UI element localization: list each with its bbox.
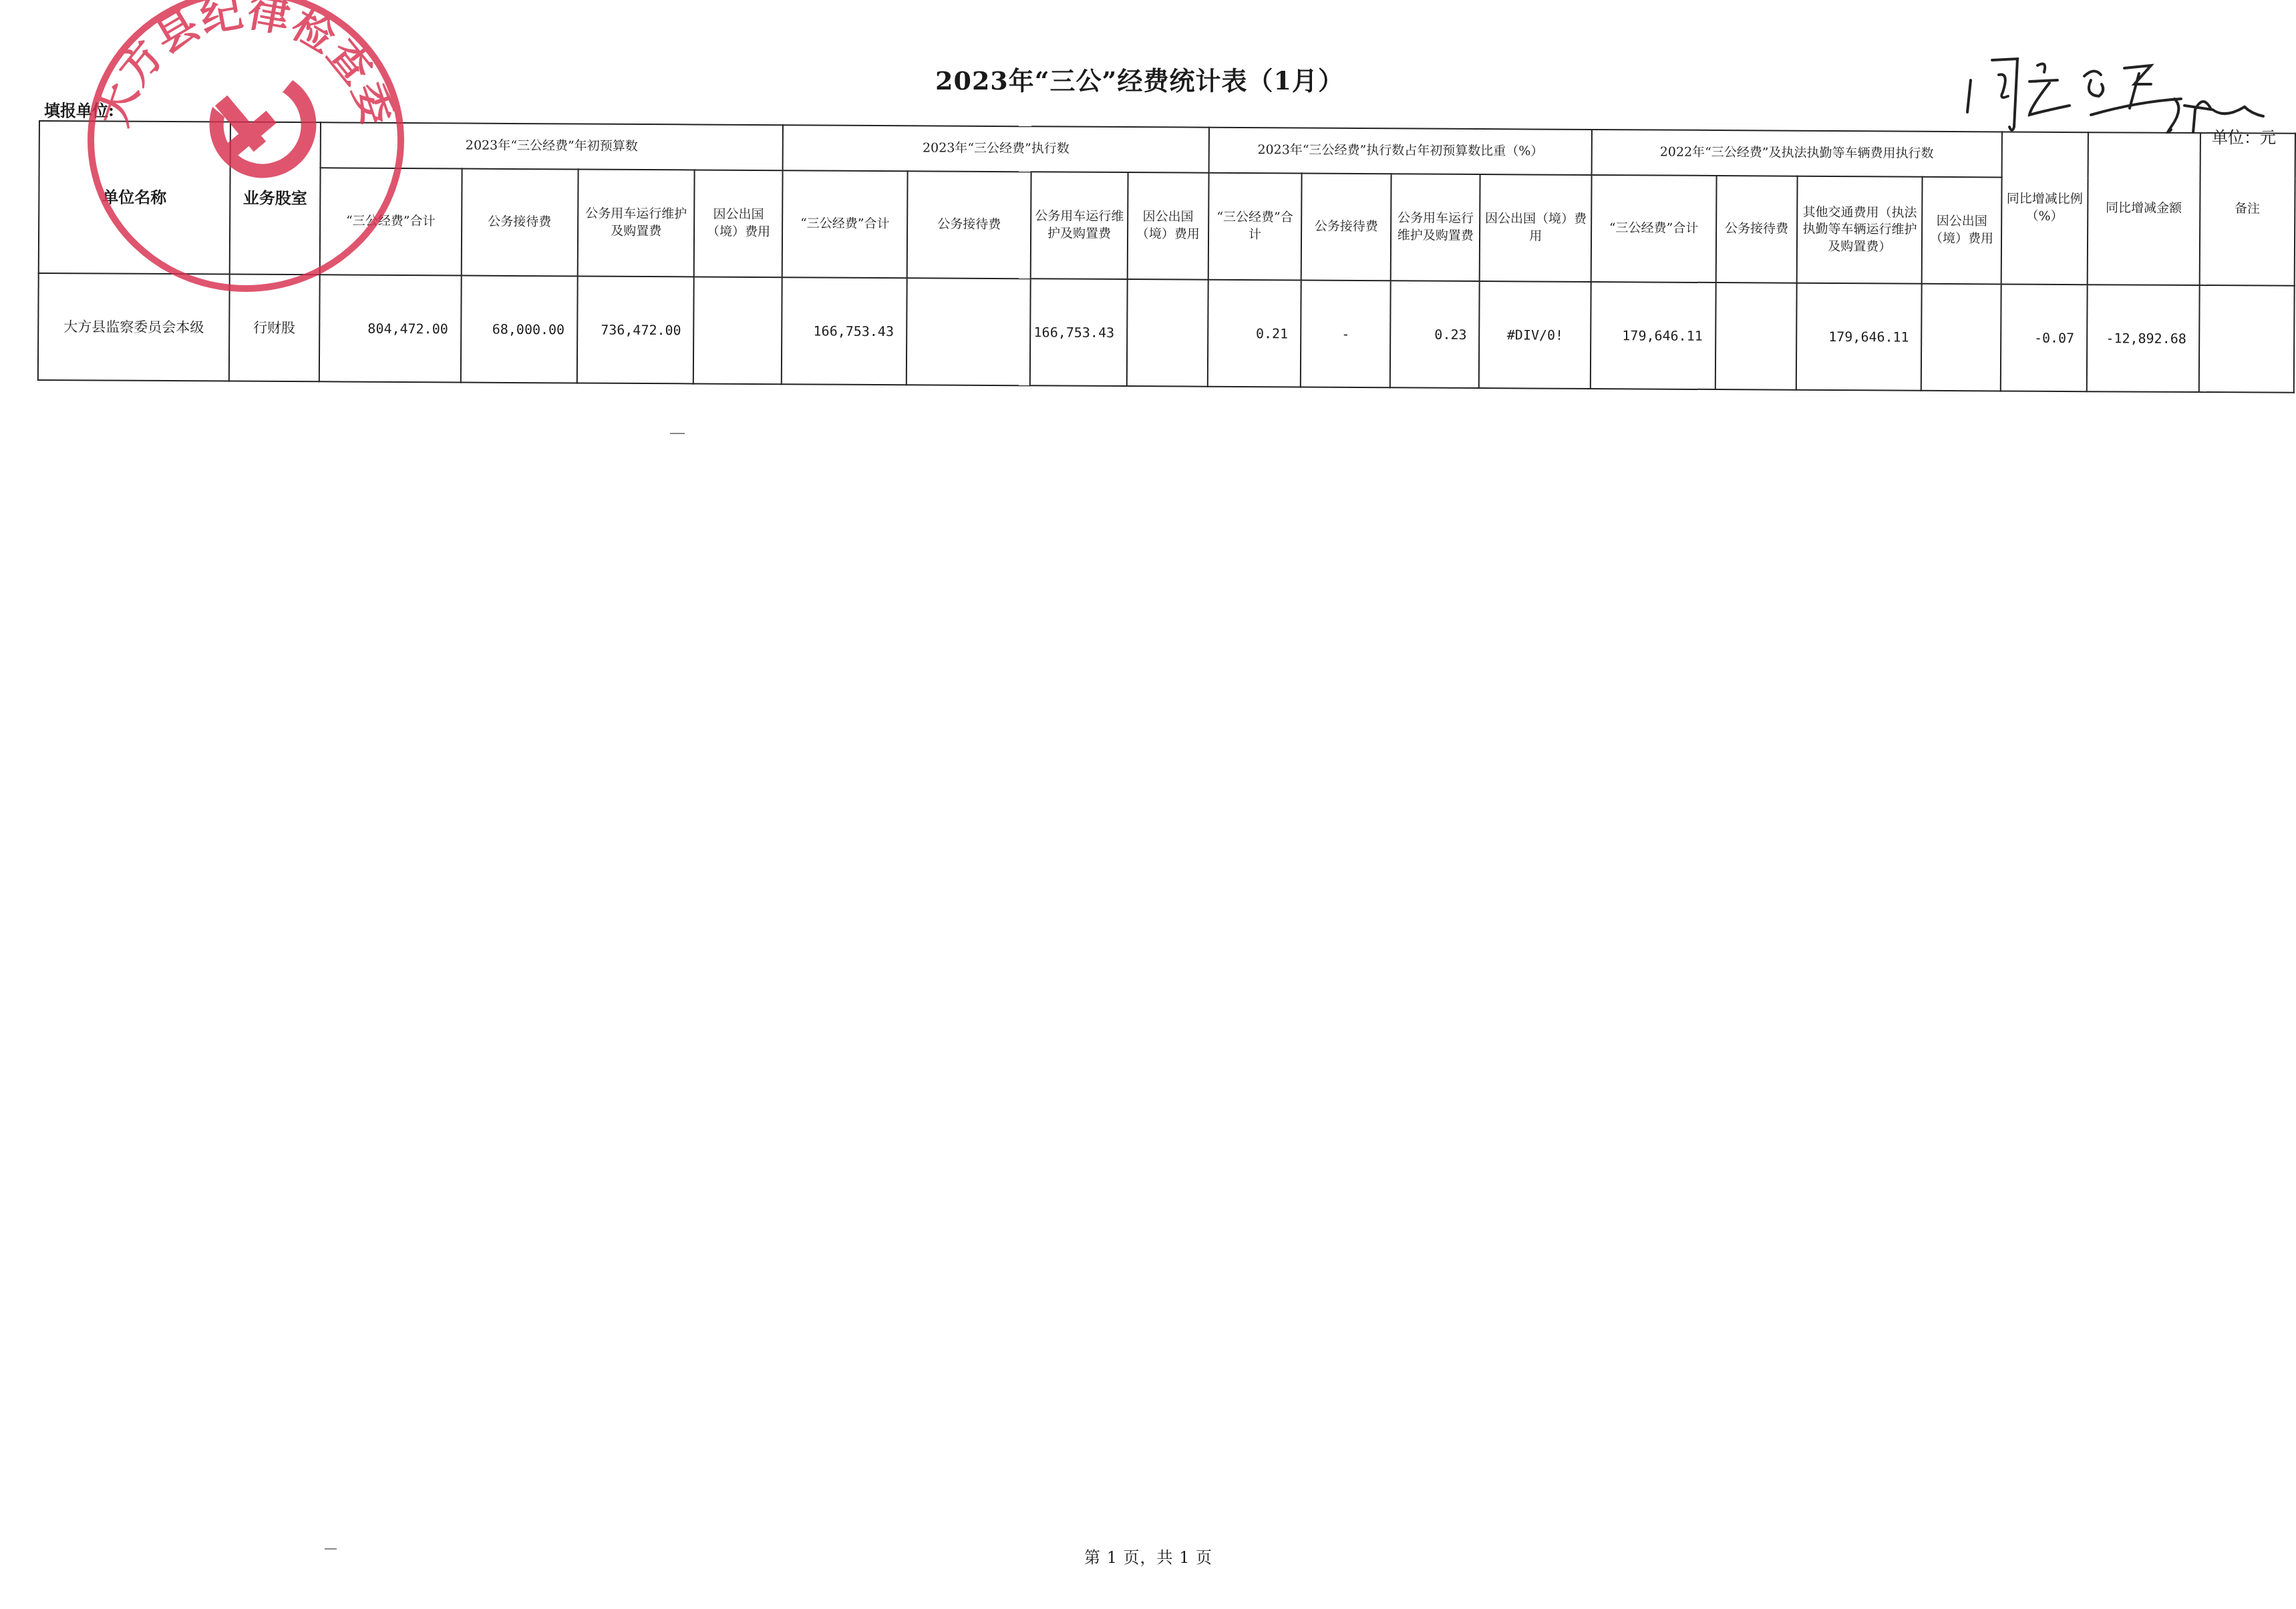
scan-artifact: [325, 1548, 337, 1550]
subheader-ratio-reception: 公务接待费: [1301, 174, 1391, 281]
cell-budget-vehicle: 736,472.00: [577, 277, 694, 384]
cell-prior-vehicle: 179,646.11: [1796, 283, 1922, 391]
subheader-ratio-vehicle: 公务用车运行维护及购置费: [1391, 174, 1480, 281]
subheader-prior-total: “三公经费”合计: [1591, 175, 1716, 283]
cell-prior-total: 179,646.11: [1591, 282, 1715, 389]
subheader-prior-vehicle: 其他交通费用（执法执勤等车辆运行维护及购置费）: [1797, 176, 1923, 284]
cell-unit-name: 大方县监察委员会本级: [38, 273, 230, 381]
cell-ratio-reception: -: [1301, 281, 1391, 388]
subheader-budget-vehicle: 公务用车运行维护及购置费: [578, 170, 695, 277]
cell-remarks: [2198, 285, 2294, 393]
subheader-budget-total: “三公经费”合计: [319, 168, 462, 275]
cell-prior-reception: [1715, 283, 1796, 390]
cell-budget-total: 804,472.00: [319, 275, 461, 382]
cell-prior-overseas: [1921, 284, 2001, 391]
group-header-prior-year: 2022年“三公经费”及执法执勤等车辆费用执行数: [1592, 130, 2002, 177]
header-yoy-ratio: 同比增减比例（%）: [2001, 132, 2088, 285]
cell-budget-overseas: [693, 277, 782, 384]
cell-yoy-ratio: -0.07: [2000, 284, 2087, 391]
cell-executed-total: 166,753.43: [782, 277, 907, 385]
subheader-executed-overseas: 因公出国（境）费用: [1127, 172, 1208, 280]
cell-budget-reception: 68,000.00: [460, 276, 577, 383]
statistics-table-container: 单位名称 业务股室 2023年“三公经费”年初预算数 2023年“三公经费”执行…: [37, 120, 2296, 393]
header-department: 业务股室: [230, 122, 321, 275]
cell-executed-reception: [907, 278, 1031, 385]
header-remarks: 备注: [2199, 133, 2295, 286]
subheader-executed-total: “三公经费”合计: [782, 170, 907, 278]
subheader-prior-reception: 公务接待费: [1715, 176, 1797, 283]
subheader-executed-reception: 公务接待费: [907, 171, 1031, 279]
handwritten-signature: [1951, 27, 2285, 134]
cell-executed-vehicle: 166,753.43: [1030, 279, 1127, 386]
svg-text:中共大方县纪律检查委员会: 中共大方县纪律检查委员会: [79, 0, 403, 132]
cell-ratio-total: 0.21: [1208, 280, 1301, 387]
group-header-budget: 2023年“三公经费”年初预算数: [320, 122, 783, 170]
statistics-table: 单位名称 业务股室 2023年“三公经费”年初预算数 2023年“三公经费”执行…: [37, 120, 2296, 393]
table-row: 大方县监察委员会本级 行财股 804,472.00 68,000.00 736,…: [38, 273, 2295, 393]
page-footer: 第 1 页，共 1 页: [1084, 1544, 1212, 1568]
subheader-executed-vehicle: 公务用车运行维护及购置费: [1031, 172, 1128, 279]
group-header-ratio: 2023年“三公经费”执行数占年初预算数比重（%）: [1209, 128, 1593, 175]
header-unit-name: 单位名称: [39, 121, 230, 275]
fill-unit-label: 填报单位:: [44, 98, 114, 121]
subheader-budget-overseas: 因公出国（境）费用: [694, 170, 783, 277]
scan-artifact: [670, 433, 685, 434]
cell-yoy-amount: -12,892.68: [2087, 285, 2200, 392]
page-title: 2023年“三公”经费统计表（1月）: [935, 60, 1344, 97]
subheader-ratio-overseas: 因公出国（境）费用: [1480, 174, 1592, 282]
subheader-budget-reception: 公务接待费: [461, 169, 578, 277]
subheader-ratio-total: “三公经费”合计: [1208, 173, 1302, 281]
header-yoy-amount: 同比增减金额: [2088, 132, 2200, 285]
cell-executed-overseas: [1127, 279, 1208, 387]
cell-department: 行财股: [229, 275, 319, 382]
group-header-executed: 2023年“三公经费”执行数: [783, 125, 1209, 173]
subheader-prior-overseas: 因公出国（境）费用: [1922, 177, 2001, 285]
cell-ratio-overseas: #DIV/0!: [1479, 281, 1591, 389]
cell-ratio-vehicle: 0.23: [1390, 281, 1480, 388]
